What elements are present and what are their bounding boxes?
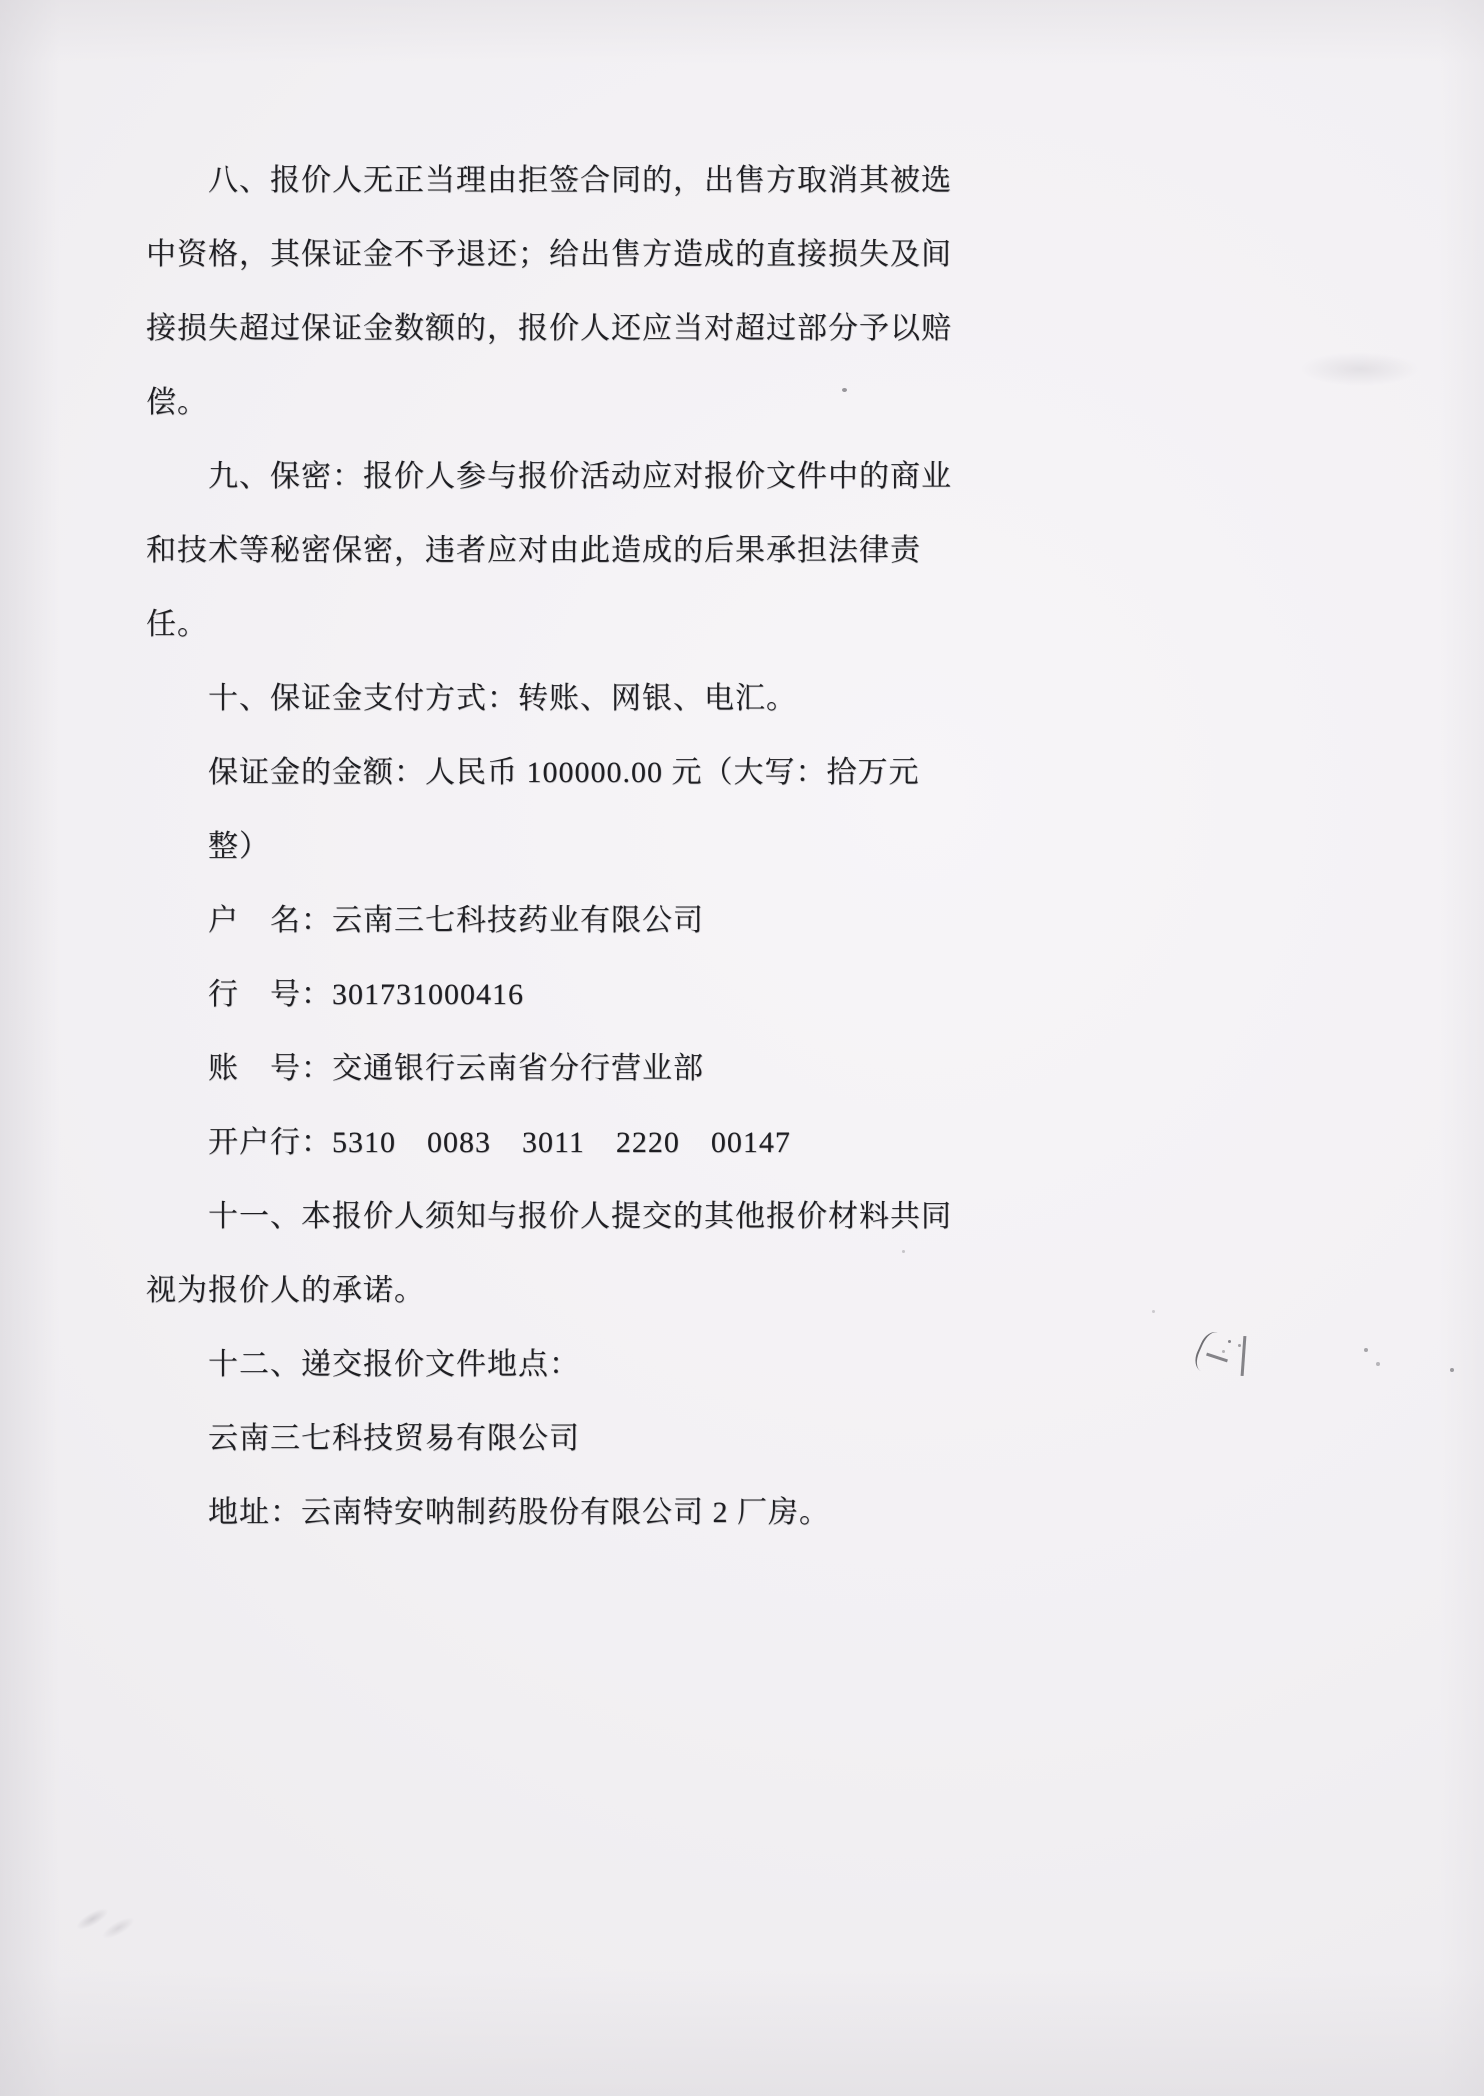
deposit-bank-line: 开户行：5310 0083 3011 2220 00147 (146, 1106, 952, 1180)
delivery-address-line: 地址：云南特安呐制药股份有限公司 2 厂房。 (146, 1476, 952, 1550)
clause-8-line-4: 偿。 (146, 366, 952, 440)
clause-9-line-2: 和技术等秘密保密，违者应对由此造成的后果承担法律责任。 (146, 514, 952, 662)
scanned-page-background: 八、报价人无正当理由拒签合同的，出售方取消其被选 中资格，其保证金不予退还；给出… (0, 0, 1484, 2096)
scan-artifact-smudge (69, 1884, 147, 1959)
scan-artifact-smudge (1300, 352, 1420, 386)
scan-artifact-ink-dots (1228, 1340, 1231, 1343)
clause-8-line-2: 中资格，其保证金不予退还；给出售方造成的直接损失及间 (146, 218, 952, 292)
delivery-company-line: 云南三七科技贸易有限公司 (146, 1402, 952, 1476)
account-no-line: 账 号：交通银行云南省分行营业部 (146, 1032, 952, 1106)
clause-11-line-1: 十一、本报价人须知与报价人提交的其他报价材料共同 (146, 1180, 952, 1254)
scan-artifact-pen-stroke (1206, 1353, 1228, 1363)
clause-8-line-3: 接损失超过保证金数额的，报价人还应当对超过部分予以赔 (146, 292, 952, 366)
scan-artifact-pen-stroke (1241, 1336, 1247, 1376)
clause-8-line-1: 八、报价人无正当理由拒签合同的，出售方取消其被选 (146, 144, 952, 218)
scan-artifact-pen-stroke (1191, 1328, 1234, 1378)
clause-9-line-1: 九、保密：报价人参与报价活动应对报价文件中的商业 (146, 440, 952, 514)
clause-10-payment-method: 十、保证金支付方式：转账、网银、电汇。 (146, 662, 952, 736)
bank-no-line: 行 号：301731000416 (146, 958, 952, 1032)
account-name-line: 户 名：云南三七科技药业有限公司 (146, 884, 952, 958)
deposit-amount-line: 保证金的金额：人民币 100000.00 元（大写：拾万元整） (146, 736, 952, 884)
scan-artifact-smudge (1364, 1348, 1368, 1352)
document-text-block: 八、报价人无正当理由拒签合同的，出售方取消其被选 中资格，其保证金不予退还；给出… (146, 144, 952, 1550)
clause-11-line-2: 视为报价人的承诺。 (146, 1254, 952, 1328)
clause-12-heading: 十二、递交报价文件地点： (146, 1328, 952, 1402)
